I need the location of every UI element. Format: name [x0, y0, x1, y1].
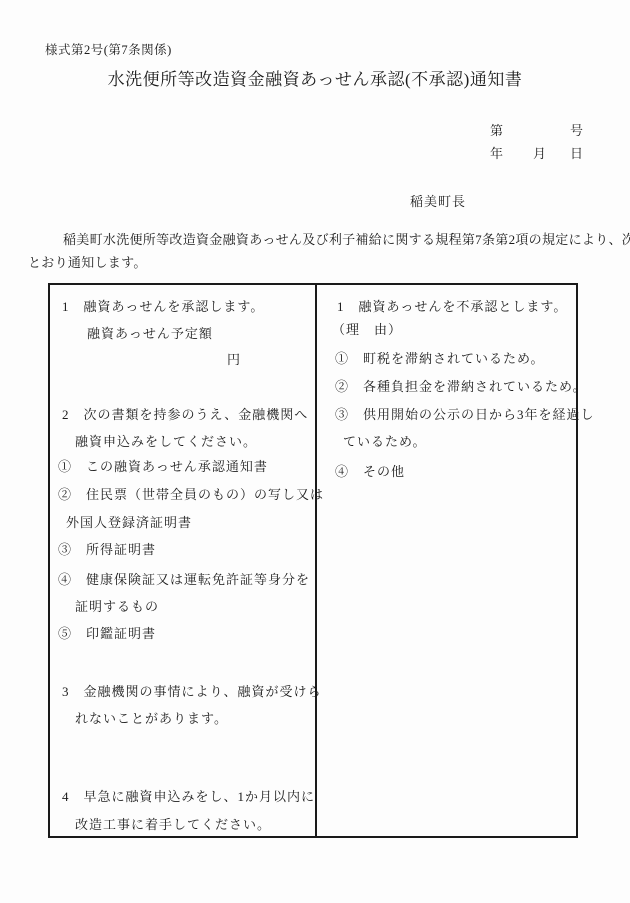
addressee: 稲美町長	[410, 191, 466, 210]
rejection-reason-3-line2: ているため。	[343, 435, 426, 449]
rejection-reason-1: ① 町税を滞納されているため。	[335, 352, 544, 366]
prompt-application-line2: 改造工事に着手してください。	[75, 818, 271, 832]
date-year-label: 年	[490, 143, 503, 162]
required-doc-4-line2: 証明するもの	[75, 600, 159, 614]
approval-statement: 1 融資あっせんを承認します。	[62, 300, 264, 314]
required-doc-2-line2: 外国人登録済証明書	[66, 516, 192, 530]
required-doc-1: ① この融資あっせん承認通知書	[58, 460, 268, 474]
planned-amount-label: 融資あっせん予定額	[87, 327, 213, 341]
bank-caveat-line1: 3 金融機関の事情により、融資が受けら	[62, 685, 322, 699]
required-doc-2-line1: ② 住民票（世帯全員のもの）の写し又は	[58, 488, 324, 502]
rejection-statement: 1 融資あっせんを不承認とします。	[337, 300, 567, 314]
prompt-application-line1: 4 早急に融資申込みをし、1か月以内に	[62, 790, 315, 804]
intro-line-1: 稲美町水洗便所等改造資金融資あっせん及び利子補給に関する規程第7条第2項の規定に…	[63, 229, 630, 248]
required-doc-3: ③ 所得証明書	[58, 543, 156, 557]
approval-cell: 1 融資あっせんを承認します。 融資あっせん予定額 円 2 次の書類を持参のうえ…	[50, 285, 317, 836]
intro-line-2: とおり通知します。	[28, 252, 147, 271]
yen-unit-label: 円	[227, 353, 241, 367]
documents-instruction-line1: 2 次の書類を持参のうえ、金融機関へ	[62, 408, 308, 422]
form-label: 様式第2号(第7条関係)	[45, 40, 172, 58]
reason-heading: （理 由）	[332, 323, 402, 337]
notification-form-page: 様式第2号(第7条関係) 水洗便所等改造資金融資あっせん承認(不承認)通知書 第…	[0, 0, 630, 903]
document-title: 水洗便所等改造資金融資あっせん承認(不承認)通知書	[0, 65, 630, 90]
doc-number-prefix: 第	[490, 120, 503, 139]
required-doc-5: ⑤ 印鑑証明書	[58, 627, 156, 641]
rejection-reason-4: ④ その他	[335, 465, 405, 479]
bank-caveat-line2: れないことがあります。	[75, 712, 228, 726]
date-month-label: 月	[533, 143, 546, 162]
decision-table: 1 融資あっせんを承認します。 融資あっせん予定額 円 2 次の書類を持参のうえ…	[48, 283, 578, 838]
rejection-reason-3-line1: ③ 供用開始の公示の日から3年を経過し	[335, 408, 595, 422]
documents-instruction-line2: 融資申込みをしてください。	[75, 435, 257, 449]
date-day-label: 日	[570, 143, 583, 162]
required-doc-4-line1: ④ 健康保険証又は運転免許証等身分を	[58, 573, 310, 587]
rejection-reason-2: ② 各種負担金を滞納されているため。	[335, 380, 586, 394]
doc-number-suffix: 号	[570, 120, 583, 139]
rejection-cell: 1 融資あっせんを不承認とします。 （理 由） ① 町税を滞納されているため。 …	[317, 285, 576, 836]
